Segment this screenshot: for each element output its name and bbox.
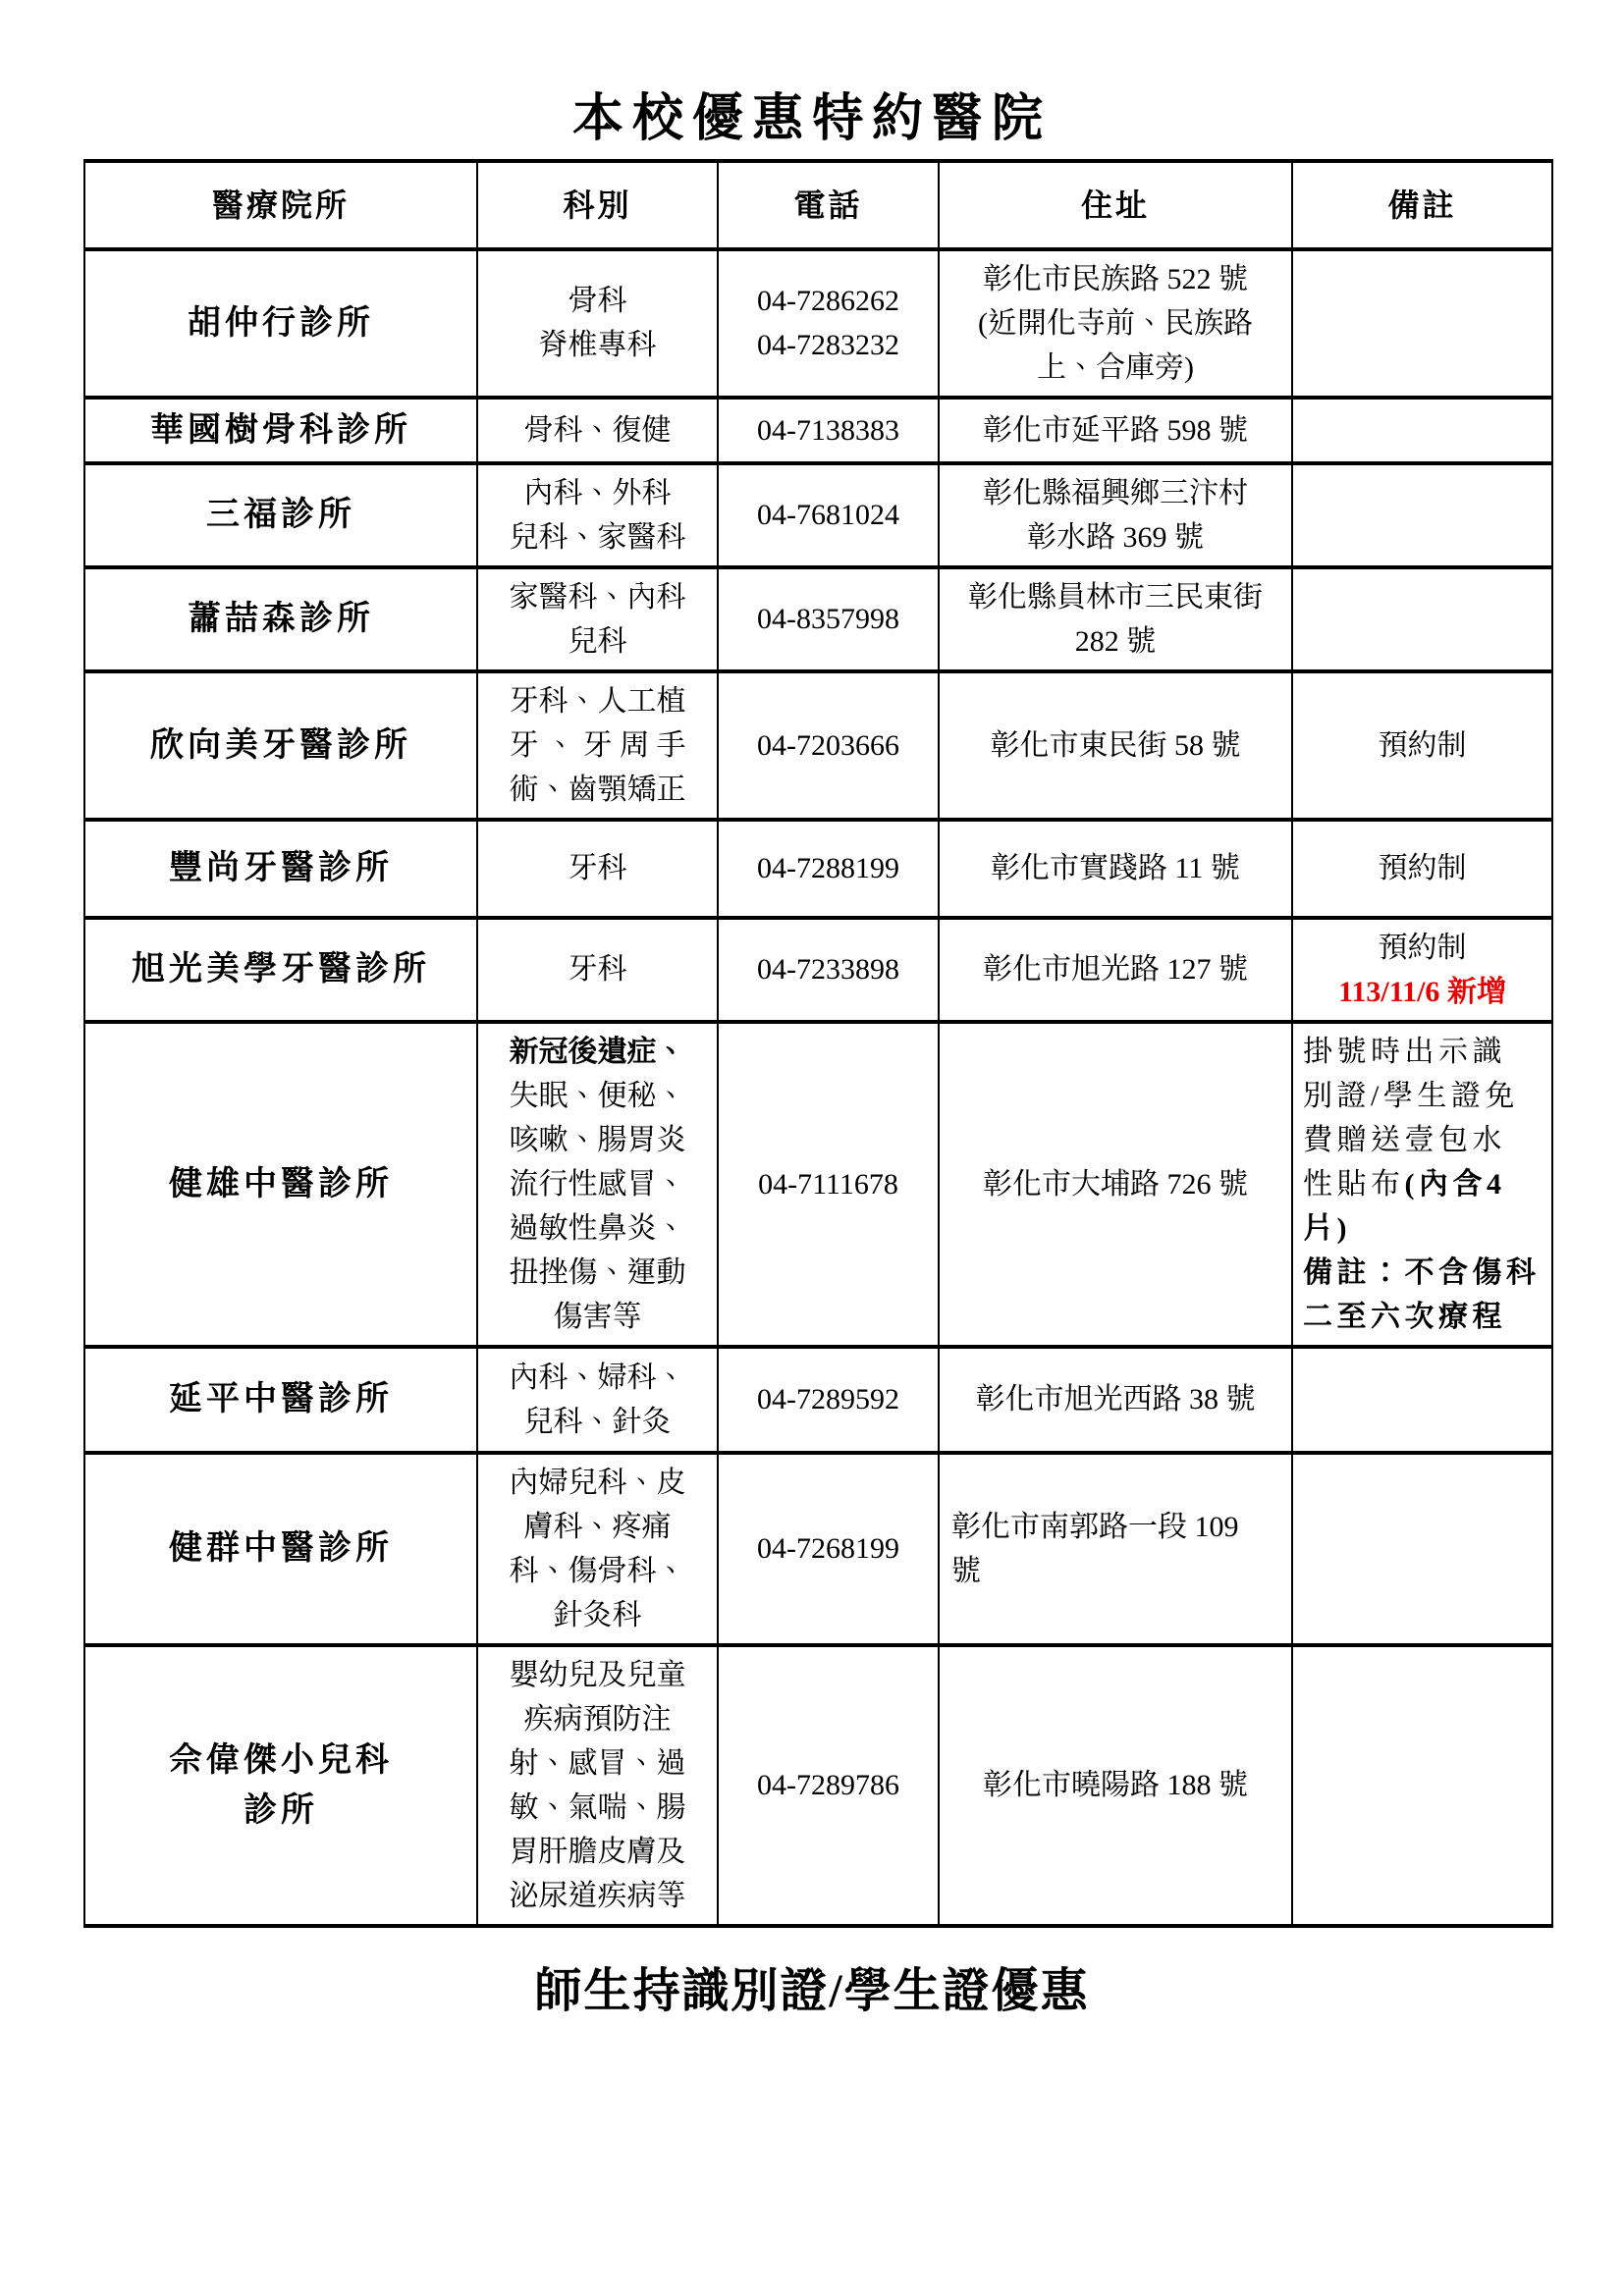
cell-address: 彰化縣福興鄉三汴村彰水路 369 號 [939,463,1292,567]
cell-institution: 延平中醫診所 [84,1347,477,1453]
hospital-table-body: 胡仲行診所骨科脊椎專科04-728626204-7283232彰化市民族路 52… [84,249,1552,1926]
cell-text-segment: 備註：不含傷科 [1303,1256,1541,1289]
cell-phone: 04-7289592 [718,1347,939,1453]
cell-line: 傷害等 [486,1295,709,1339]
cell-line: 費贈送壹包水 [1303,1118,1542,1162]
cell-line: 佘偉傑小兒科 [93,1735,468,1786]
cell-department: 骨科脊椎專科 [477,249,718,398]
cell-phone: 04-7138383 [718,398,939,463]
footer-title: 師生持識別證/學生證優惠 [0,1961,1624,2022]
cell-institution: 胡仲行診所 [84,249,477,398]
table-row: 蕭喆森診所家醫科、內科兒科04-8357998彰化縣員林市三民東街282 號 [84,567,1552,671]
cell-phone: 04-8357998 [718,567,939,671]
cell-line: 彰化市南郭路一段 109 [951,1505,1283,1549]
page-title: 本校優惠特約醫院 [0,0,1624,153]
table-row: 胡仲行診所骨科脊椎專科04-728626204-7283232彰化市民族路 52… [84,249,1552,398]
cell-line: 04-7289786 [727,1763,930,1807]
cell-line: 膚科、疼痛 [486,1505,709,1549]
header-row: 醫療院所 科別 電話 住址 備註 [84,161,1552,249]
cell-remark: 預約制 [1292,671,1552,820]
cell-line: 流行性感冒、 [486,1162,709,1206]
column-header-department: 科別 [477,161,718,249]
cell-line: 04-7233898 [727,947,930,991]
cell-institution: 佘偉傑小兒科診所 [84,1645,477,1926]
cell-remark [1292,1453,1552,1645]
cell-line: 282 號 [947,619,1283,664]
cell-text-segment: 新冠後遺症、 [510,1036,686,1068]
cell-phone: 04-7288199 [718,820,939,918]
cell-phone: 04-728626204-7283232 [718,249,939,398]
cell-remark [1292,1645,1552,1926]
cell-phone: 04-7111678 [718,1022,939,1347]
cell-line: 骨科 [486,279,709,323]
cell-line: 113/11/6 新增 [1301,970,1543,1014]
table-row: 健群中醫診所內婦兒科、皮膚科、疼痛科、傷骨科、針灸科04-7268199彰化市南… [84,1453,1552,1645]
table-row: 延平中醫診所內科、婦科、兒科、針灸04-7289592彰化市旭光西路 38 號 [84,1347,1552,1453]
cell-line: 豐尚牙醫診所 [93,843,468,893]
column-header-remark: 備註 [1292,161,1552,249]
cell-address: 彰化市東民街 58 號 [939,671,1292,820]
cell-line: 嬰幼兒及兒童 [486,1653,709,1697]
cell-line: 胃肝膽皮膚及 [486,1830,709,1874]
cell-line: 家醫科、內科 [486,575,709,619]
cell-line: 彰化市民族路 522 號 [947,257,1283,301]
cell-line: 敏、氣喘、腸 [486,1786,709,1830]
cell-line: 新冠後遺症、 [486,1030,709,1074]
cell-line: 內科、外科 [486,471,709,515]
cell-line: 牙科 [486,947,709,991]
cell-line: 三福診所 [93,490,468,540]
table-row: 佘偉傑小兒科診所嬰幼兒及兒童疾病預防注射、感冒、過敏、氣喘、腸胃肝膽皮膚及泌尿道… [84,1645,1552,1926]
cell-remark: 掛號時出示識別證/學生證免費贈送壹包水性貼布(內含4片)備註：不含傷科二至六次療… [1292,1022,1552,1347]
cell-line: 失眠、便秘、 [486,1074,709,1118]
cell-institution: 健雄中醫診所 [84,1022,477,1347]
cell-institution: 蕭喆森診所 [84,567,477,671]
cell-line: 04-7111678 [727,1162,930,1206]
cell-department: 家醫科、內科兒科 [477,567,718,671]
cell-remark [1292,1347,1552,1453]
cell-line: 04-7286262 [727,279,930,323]
cell-institution: 豐尚牙醫診所 [84,820,477,918]
cell-line: 性貼布(內含4片) [1303,1162,1542,1251]
cell-department: 新冠後遺症、失眠、便秘、咳嗽、腸胃炎流行性感冒、過敏性鼻炎、扭挫傷、運動傷害等 [477,1022,718,1347]
table-row: 豐尚牙醫診所牙科04-7288199彰化市實踐路 11 號預約制 [84,820,1552,918]
cell-phone: 04-7681024 [718,463,939,567]
cell-institution: 旭光美學牙醫診所 [84,918,477,1022]
cell-remark [1292,463,1552,567]
document-page: 本校優惠特約醫院 醫療院所 科別 電話 住址 備註 胡仲行診所骨科脊椎專科04-… [0,0,1624,2296]
cell-remark [1292,249,1552,398]
cell-line: 牙科 [486,846,709,890]
cell-line: 診所 [93,1786,468,1836]
cell-remark: 預約制 [1292,820,1552,918]
cell-line: 別證/學生證免 [1303,1074,1542,1118]
table-row: 三福診所內科、外科兒科、家醫科04-7681024彰化縣福興鄉三汴村彰水路 36… [84,463,1552,567]
cell-department: 牙科、人工植牙 、 牙 周 手術、齒顎矯正 [477,671,718,820]
cell-line: 04-8357998 [727,597,930,641]
cell-department: 牙科 [477,918,718,1022]
cell-address: 彰化市大埔路 726 號 [939,1022,1292,1347]
cell-text-segment: 二至六次療程 [1303,1301,1506,1333]
cell-line: 彰化市大埔路 726 號 [947,1162,1283,1206]
cell-department: 內科、外科兒科、家醫科 [477,463,718,567]
cell-phone: 04-7203666 [718,671,939,820]
cell-text-segment: (內含4片) [1303,1168,1506,1245]
cell-line: (近開化寺前、民族路 [947,301,1283,346]
cell-institution: 欣向美牙醫診所 [84,671,477,820]
cell-line: 彰化市東民街 58 號 [947,723,1283,768]
cell-line: 華國樹骨科診所 [93,405,468,455]
cell-line: 欣向美牙醫診所 [93,721,468,771]
cell-line: 彰化縣員林市三民東街 [947,575,1283,619]
cell-line: 號 [951,1549,1283,1593]
cell-line: 針灸科 [486,1593,709,1637]
table-row: 旭光美學牙醫診所牙科04-7233898彰化市旭光路 127 號預約制113/1… [84,918,1552,1022]
cell-line: 延平中醫診所 [93,1374,468,1424]
cell-remark [1292,567,1552,671]
cell-line: 科、傷骨科、 [486,1549,709,1593]
cell-line: 彰化市曉陽路 188 號 [947,1763,1283,1807]
cell-line: 彰化市旭光西路 38 號 [947,1377,1283,1421]
cell-line: 骨科、復健 [486,408,709,453]
cell-line: 彰化市旭光路 127 號 [947,947,1283,991]
cell-line: 預約制 [1301,723,1543,768]
cell-line: 備註：不含傷科 [1303,1251,1542,1295]
column-header-phone: 電話 [718,161,939,249]
cell-department: 骨科、復健 [477,398,718,463]
cell-line: 彰水路 369 號 [947,515,1283,560]
cell-line: 04-7681024 [727,493,930,537]
cell-line: 彰化市延平路 598 號 [947,408,1283,453]
cell-line: 牙 、 牙 周 手 [486,723,709,768]
table-header: 醫療院所 科別 電話 住址 備註 [84,161,1552,249]
hospital-table: 醫療院所 科別 電話 住址 備註 胡仲行診所骨科脊椎專科04-728626204… [83,159,1553,1928]
cell-line: 04-7203666 [727,723,930,768]
cell-institution: 三福診所 [84,463,477,567]
table-row: 華國樹骨科診所骨科、復健04-7138383彰化市延平路 598 號 [84,398,1552,463]
cell-line: 咳嗽、腸胃炎 [486,1118,709,1162]
cell-department: 內婦兒科、皮膚科、疼痛科、傷骨科、針灸科 [477,1453,718,1645]
cell-line: 彰化縣福興鄉三汴村 [947,471,1283,515]
cell-line: 預約制 [1301,846,1543,890]
cell-line: 兒科、家醫科 [486,515,709,560]
cell-line: 扭挫傷、運動 [486,1251,709,1295]
cell-address: 彰化市延平路 598 號 [939,398,1292,463]
cell-line: 健雄中醫診所 [93,1159,468,1209]
highlight-new-label: 113/11/6 新增 [1338,976,1506,1008]
cell-line: 內科、婦科、 [486,1356,709,1400]
cell-address: 彰化市民族路 522 號(近開化寺前、民族路上、合庫旁) [939,249,1292,398]
cell-line: 彰化市實踐路 11 號 [947,846,1283,890]
cell-line: 術、齒顎矯正 [486,768,709,812]
cell-line: 脊椎專科 [486,323,709,367]
cell-line: 旭光美學牙醫診所 [93,944,468,994]
cell-address: 彰化市南郭路一段 109號 [939,1453,1292,1645]
column-header-institution: 醫療院所 [84,161,477,249]
cell-remark: 預約制113/11/6 新增 [1292,918,1552,1022]
cell-phone: 04-7268199 [718,1453,939,1645]
cell-institution: 健群中醫診所 [84,1453,477,1645]
cell-line: 兒科 [486,619,709,664]
cell-address: 彰化市旭光路 127 號 [939,918,1292,1022]
cell-line: 兒科、針灸 [486,1400,709,1444]
cell-line: 04-7138383 [727,408,930,453]
cell-line: 掛號時出示識 [1303,1030,1542,1074]
cell-phone: 04-7233898 [718,918,939,1022]
column-header-address: 住址 [939,161,1292,249]
cell-line: 牙科、人工植 [486,679,709,723]
table-row: 健雄中醫診所新冠後遺症、失眠、便秘、咳嗽、腸胃炎流行性感冒、過敏性鼻炎、扭挫傷、… [84,1022,1552,1347]
cell-line: 射、感冒、過 [486,1741,709,1786]
hospital-table-wrap: 醫療院所 科別 電話 住址 備註 胡仲行診所骨科脊椎專科04-728626204… [83,159,1551,1928]
cell-line: 健群中醫診所 [93,1523,468,1574]
cell-line: 04-7268199 [727,1526,930,1571]
cell-department: 內科、婦科、兒科、針灸 [477,1347,718,1453]
cell-address: 彰化縣員林市三民東街282 號 [939,567,1292,671]
cell-line: 胡仲行診所 [93,298,468,348]
table-row: 欣向美牙醫診所牙科、人工植牙 、 牙 周 手術、齒顎矯正04-7203666彰化… [84,671,1552,820]
cell-line: 內婦兒科、皮 [486,1461,709,1505]
cell-remark [1292,398,1552,463]
cell-line: 上、合庫旁) [947,346,1283,390]
cell-line: 04-7289592 [727,1377,930,1421]
cell-line: 04-7288199 [727,846,930,890]
cell-line: 二至六次療程 [1303,1295,1542,1339]
cell-address: 彰化市旭光西路 38 號 [939,1347,1292,1453]
cell-line: 04-7283232 [727,323,930,367]
cell-institution: 華國樹骨科診所 [84,398,477,463]
cell-department: 牙科 [477,820,718,918]
cell-address: 彰化市曉陽路 188 號 [939,1645,1292,1926]
cell-line: 蕭喆森診所 [93,594,468,644]
cell-line: 預約制 [1301,926,1543,970]
cell-address: 彰化市實踐路 11 號 [939,820,1292,918]
cell-line: 過敏性鼻炎、 [486,1206,709,1251]
cell-line: 疾病預防注 [486,1697,709,1741]
cell-phone: 04-7289786 [718,1645,939,1926]
cell-department: 嬰幼兒及兒童疾病預防注射、感冒、過敏、氣喘、腸胃肝膽皮膚及泌尿道疾病等 [477,1645,718,1926]
cell-line: 泌尿道疾病等 [486,1874,709,1918]
